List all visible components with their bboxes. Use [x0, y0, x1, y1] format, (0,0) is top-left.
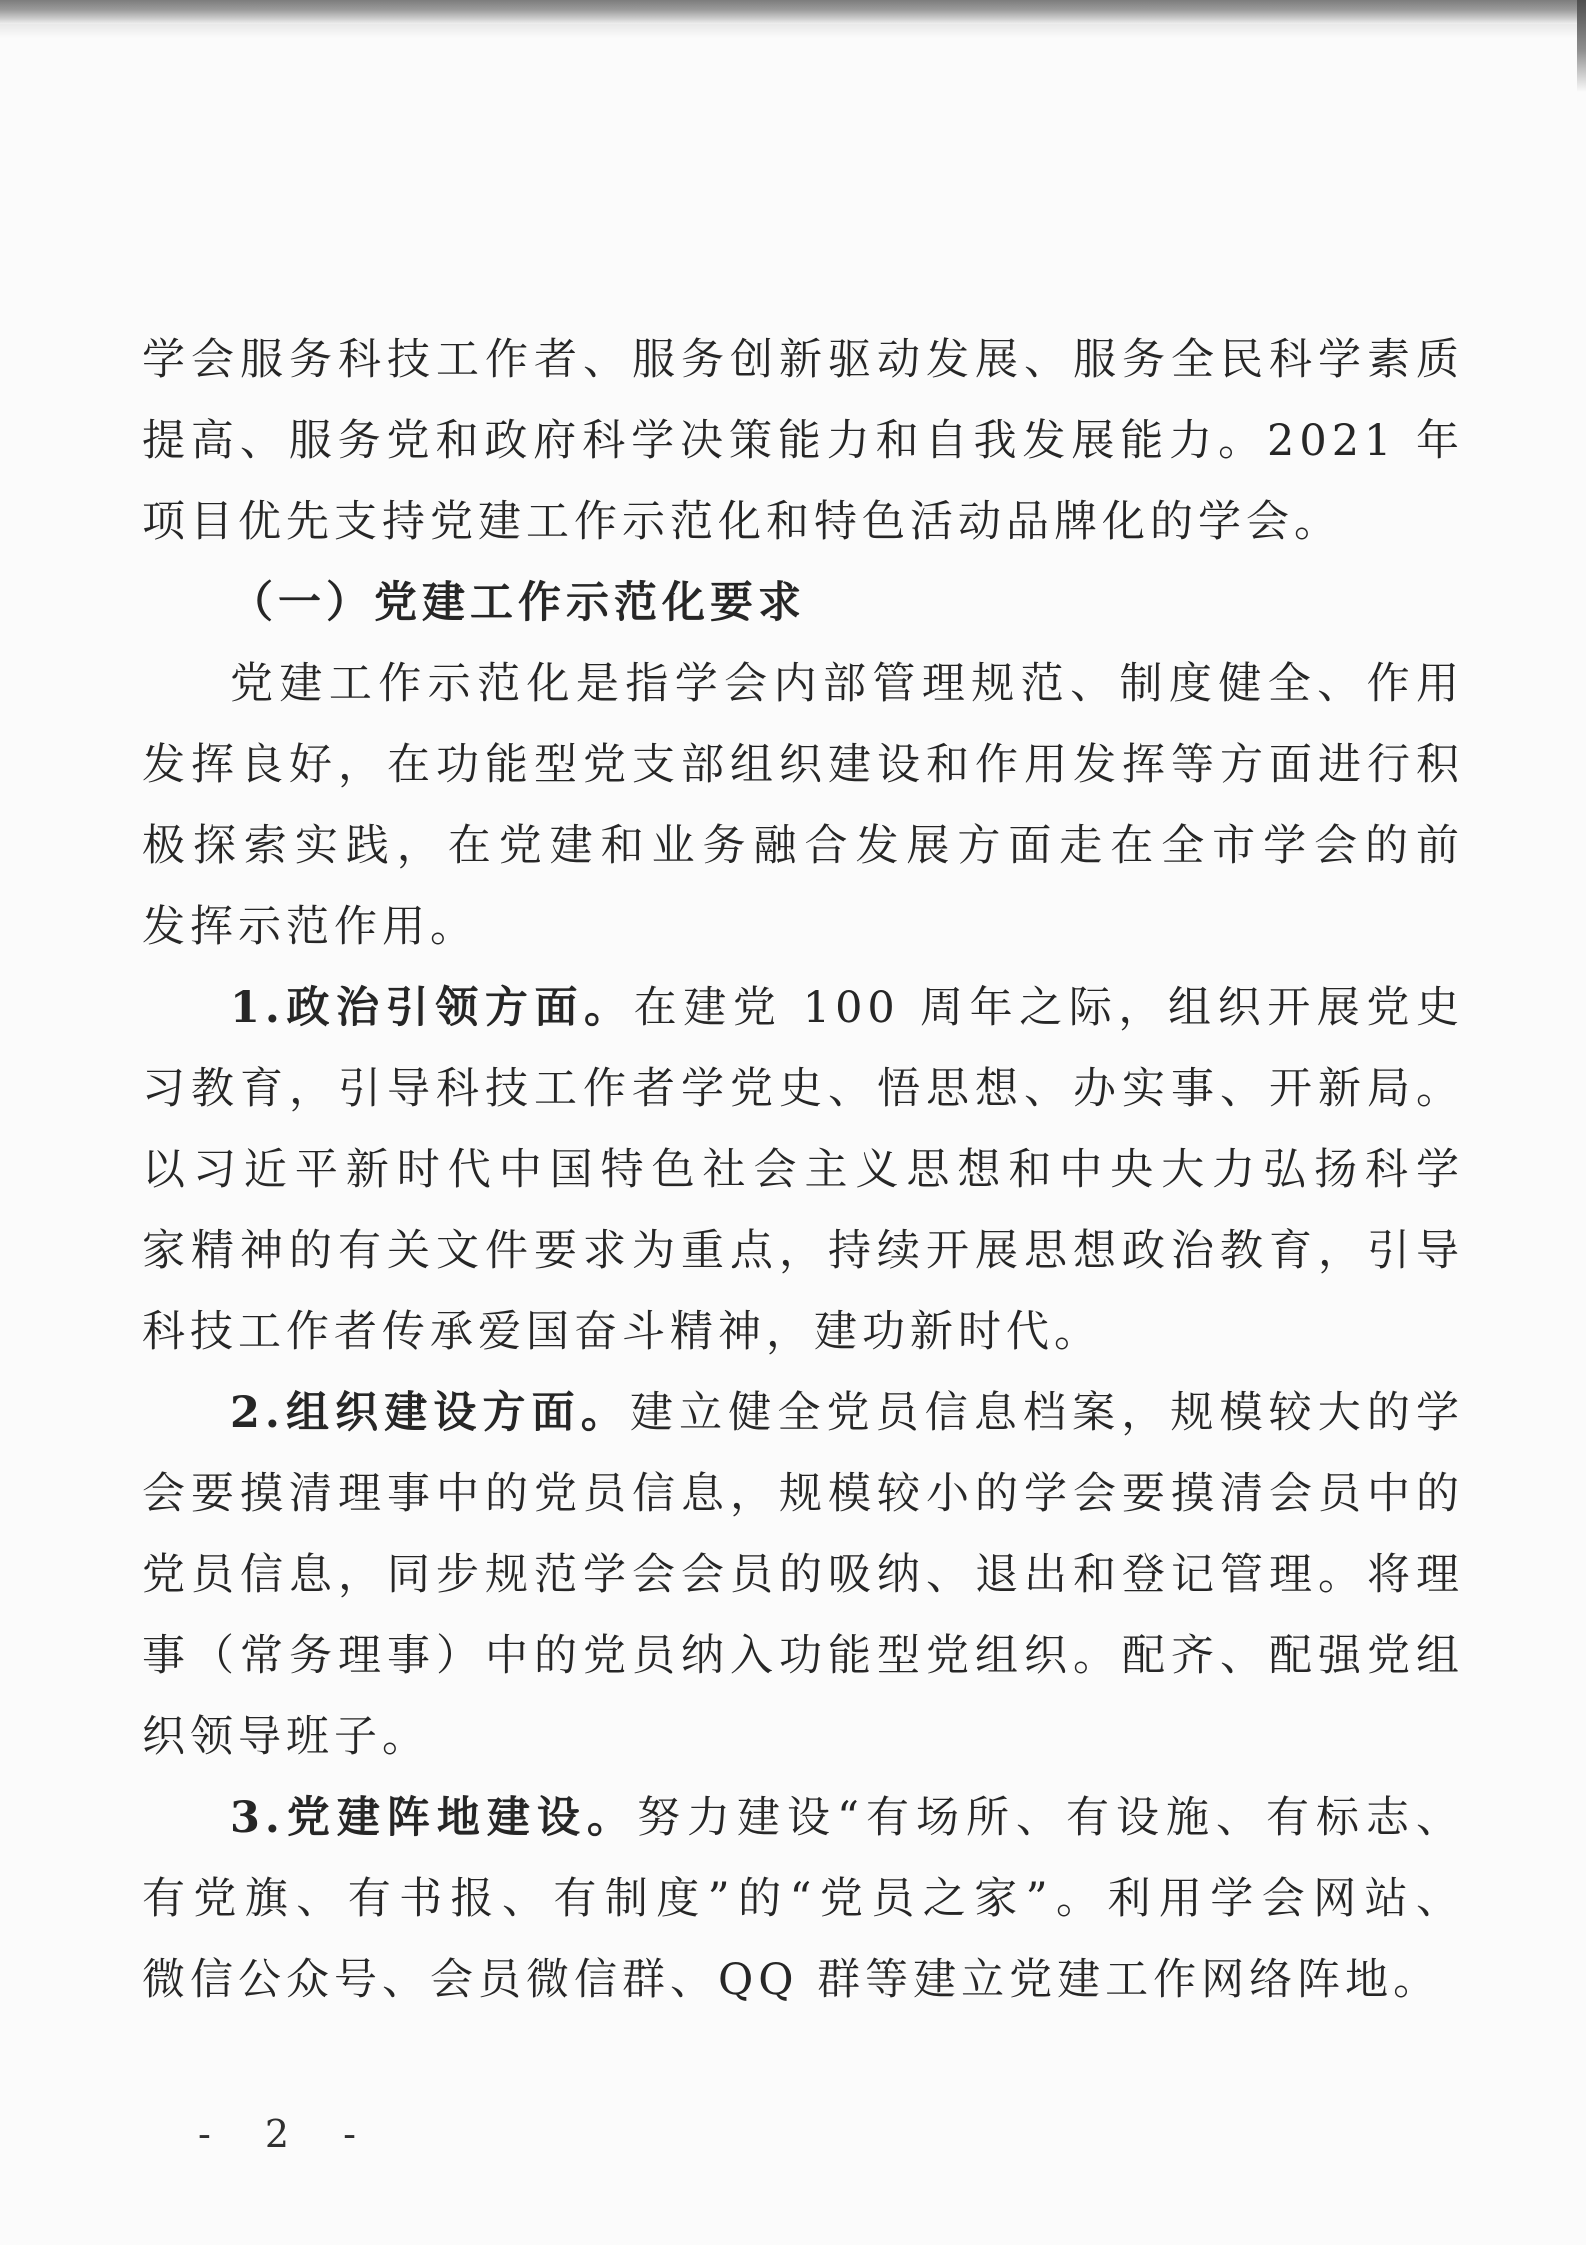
- line-text: 发挥良好，在功能型党支部组织建设和作用发挥等方面进行积: [142, 740, 1464, 790]
- text-line: 习教育，引导科技工作者学党史、悟思想、办实事、开新局。: [142, 1049, 1464, 1130]
- text-line: 项目优先支持党建工作示范化和特色活动品牌化的学会。: [142, 482, 1464, 563]
- text-line: 发挥良好，在功能型党支部组织建设和作用发挥等方面进行积: [142, 725, 1464, 806]
- bold-lead: 2.组织建设方面。: [230, 1388, 630, 1438]
- scan-top-edge-artifact: [0, 0, 1586, 24]
- line-text: 会要摸清理事中的党员信息，规模较小的学会要摸清会员中的: [142, 1469, 1464, 1519]
- paragraph: 1.政治引领方面。在建党 100 周年之际，组织开展党史学习教育，引导科技工作者…: [142, 968, 1464, 1373]
- text-line: 1.政治引领方面。在建党 100 周年之际，组织开展党史学: [142, 968, 1464, 1049]
- line-text: 习教育，引导科技工作者学党史、悟思想、办实事、开新局。: [142, 1064, 1464, 1114]
- text-line: 微信公众号、会员微信群、QQ 群等建立党建工作网络阵地。: [142, 1940, 1464, 2021]
- text-line: 极探索实践，在党建和业务融合发展方面走在全市学会的前列，: [142, 806, 1464, 887]
- page-number: - 2 -: [198, 2112, 368, 2156]
- line-text: 建立健全党员信息档案，规模较大的学: [630, 1388, 1464, 1438]
- paragraph: 学会服务科技工作者、服务创新驱动发展、服务全民科学素质提高、服务党和政府科学决策…: [142, 320, 1464, 563]
- line-text: 党建工作示范化是指学会内部管理规范、制度健全、作用: [230, 659, 1464, 709]
- line-text: 努力建设“有场所、有设施、有标志、: [637, 1793, 1464, 1843]
- text-line: 发挥示范作用。: [142, 887, 1464, 968]
- scan-right-edge-artifact: [1577, 0, 1586, 92]
- line-text: （一）党建工作示范化要求: [230, 578, 806, 628]
- bold-lead: 3.党建阵地建设。: [230, 1793, 637, 1843]
- line-text: 发挥示范作用。: [142, 902, 478, 952]
- line-text: 项目优先支持党建工作示范化和特色活动品牌化的学会。: [142, 497, 1342, 547]
- text-line: 织领导班子。: [142, 1697, 1464, 1778]
- paragraph: 3.党建阵地建设。努力建设“有场所、有设施、有标志、有党旗、有书报、有制度”的“…: [142, 1778, 1464, 2021]
- line-text: 家精神的有关文件要求为重点，持续开展思想政治教育，引导: [142, 1226, 1464, 1276]
- text-line: 科技工作者传承爱国奋斗精神，建功新时代。: [142, 1292, 1464, 1373]
- line-text: 极探索实践，在党建和业务融合发展方面走在全市学会的前列，: [142, 821, 1464, 887]
- line-text: 微信公众号、会员微信群、QQ 群等建立党建工作网络阵地。: [142, 1955, 1441, 2005]
- line-text: 学会服务科技工作者、服务创新驱动发展、服务全民科学素质: [142, 335, 1464, 385]
- scan-top-edge-fade: [0, 24, 1586, 38]
- line-text: 党员信息，同步规范学会会员的吸纳、退出和登记管理。将理: [142, 1550, 1464, 1600]
- text-line: 事（常务理事）中的党员纳入功能型党组织。配齐、配强党组: [142, 1616, 1464, 1697]
- text-line: 提高、服务党和政府科学决策能力和自我发展能力。2021 年本: [142, 401, 1464, 482]
- line-text: 提高、服务党和政府科学决策能力和自我发展能力。2021 年本: [142, 416, 1464, 482]
- line-text: 科技工作者传承爱国奋斗精神，建功新时代。: [142, 1307, 1102, 1357]
- text-line: 以习近平新时代中国特色社会主义思想和中央大力弘扬科学: [142, 1130, 1464, 1211]
- text-line: 2.组织建设方面。建立健全党员信息档案，规模较大的学: [142, 1373, 1464, 1454]
- line-text: 以习近平新时代中国特色社会主义思想和中央大力弘扬科学: [142, 1145, 1464, 1195]
- section-heading: （一）党建工作示范化要求: [142, 563, 1464, 644]
- text-line: 有党旗、有书报、有制度”的“党员之家”。利用学会网站、: [142, 1859, 1464, 1940]
- paragraph: 2.组织建设方面。建立健全党员信息档案，规模较大的学会要摸清理事中的党员信息，规…: [142, 1373, 1464, 1778]
- text-line: 会要摸清理事中的党员信息，规模较小的学会要摸清会员中的: [142, 1454, 1464, 1535]
- line-text: 有党旗、有书报、有制度”的“党员之家”。利用学会网站、: [142, 1874, 1464, 1924]
- document-blocks: 学会服务科技工作者、服务创新驱动发展、服务全民科学素质提高、服务党和政府科学决策…: [142, 320, 1464, 2021]
- text-line: 学会服务科技工作者、服务创新驱动发展、服务全民科学素质: [142, 320, 1464, 401]
- text-line: 党员信息，同步规范学会会员的吸纳、退出和登记管理。将理: [142, 1535, 1464, 1616]
- text-line: 党建工作示范化是指学会内部管理规范、制度健全、作用: [142, 644, 1464, 725]
- text-line: 3.党建阵地建设。努力建设“有场所、有设施、有标志、: [142, 1778, 1464, 1859]
- text-line: 家精神的有关文件要求为重点，持续开展思想政治教育，引导: [142, 1211, 1464, 1292]
- text-line: （一）党建工作示范化要求: [142, 563, 1464, 644]
- bold-lead: 1.政治引领方面。: [230, 983, 634, 1033]
- line-text: 织领导班子。: [142, 1712, 430, 1762]
- line-text: 事（常务理事）中的党员纳入功能型党组织。配齐、配强党组: [142, 1631, 1464, 1681]
- paragraph: 党建工作示范化是指学会内部管理规范、制度健全、作用发挥良好，在功能型党支部组织建…: [142, 644, 1464, 968]
